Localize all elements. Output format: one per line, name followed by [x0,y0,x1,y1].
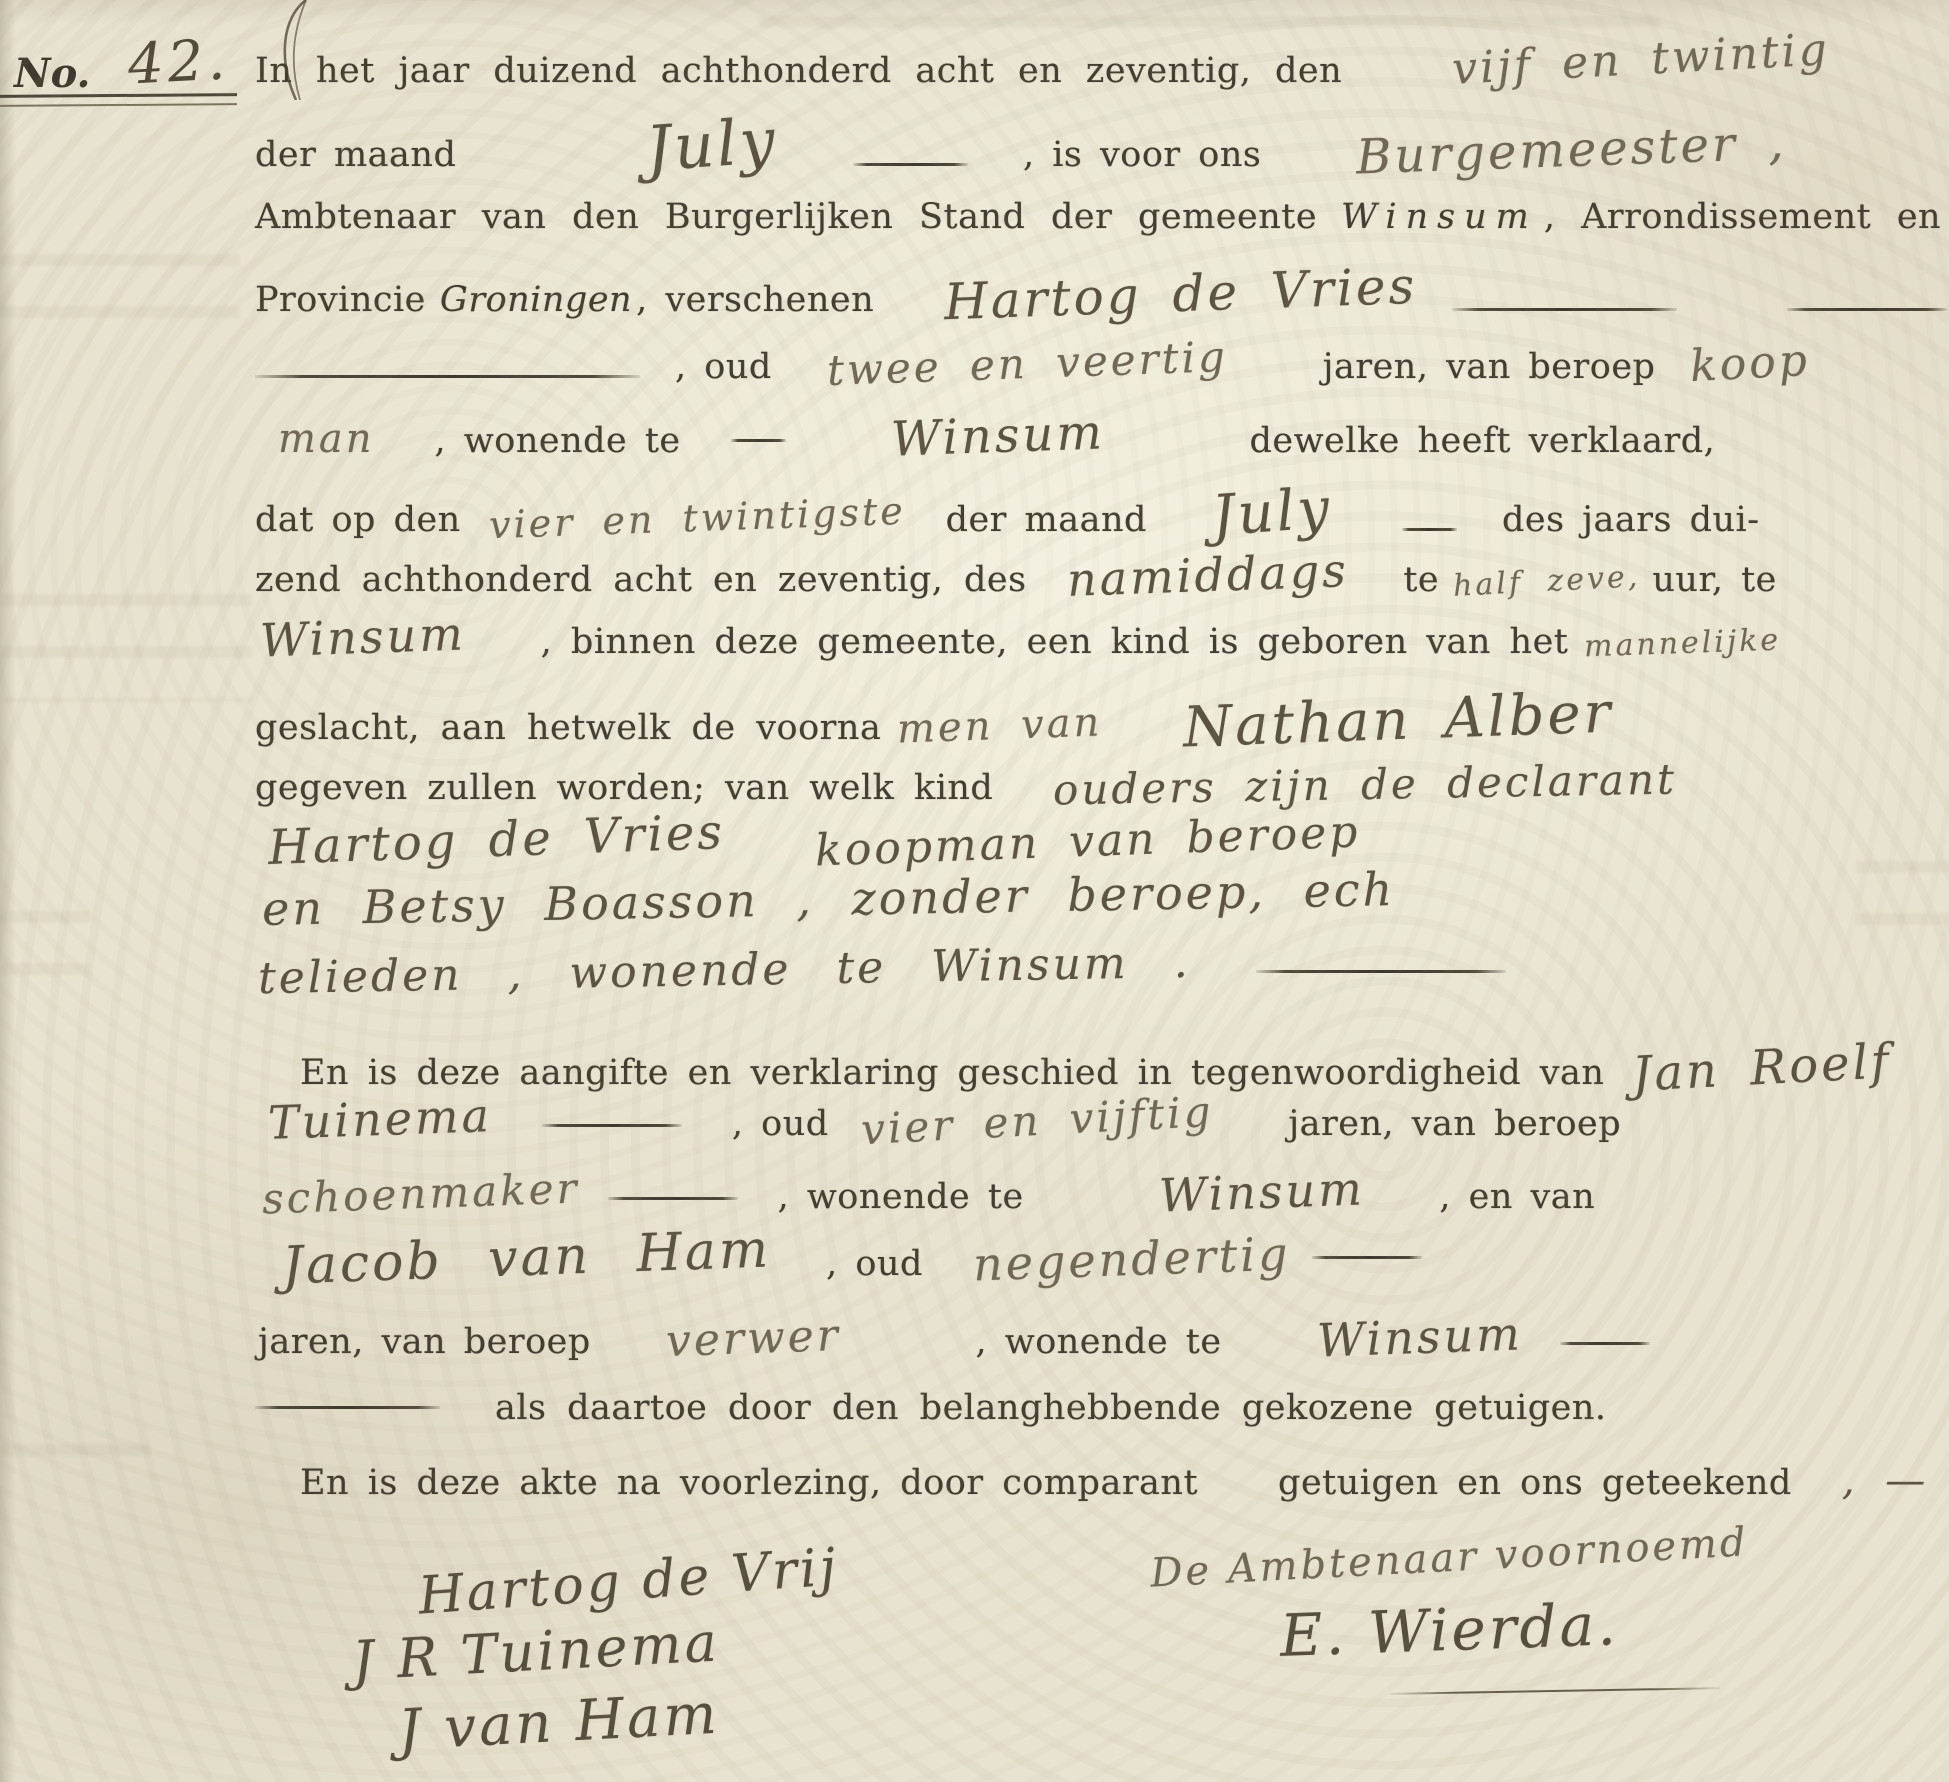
deed-line: ProvincieGroningen, verschenenHartog de … [255,265,1947,323]
printed-text: des jaars dui- [1502,500,1760,540]
printed-text: te [1403,560,1439,600]
printed-text: En is deze aangifte en verklaring geschi… [300,1053,1604,1093]
deed-line: Winsum, binnen deze gemeente, een kind i… [260,610,1782,664]
fill-in-rule [1256,970,1506,973]
fill-in-rule [255,375,640,378]
deed-line: zend achthonderd acht en zeventig, desna… [255,548,1777,602]
signature-official: E. Wierda. [1279,1590,1620,1670]
deed-line: Hartog de Vrieskoopman van beroep [268,812,1360,868]
printed-text: jaren, van beroep [258,1322,591,1362]
handwritten-text: Nathan Alber [1182,681,1614,761]
deed-line: man, wonende teWinsumdewelke heeft verkl… [278,408,1715,464]
bleed-through-ghost [1856,845,1949,937]
handwritten-text: twee en veertig [826,332,1228,395]
printed-text: , verschenen [636,280,874,320]
deed-line: als daartoe door den belanghebbende geko… [255,1388,1607,1428]
deed-line: geslacht, aan hetwelk de voornamen vanNa… [255,688,1613,753]
printed-text: En is deze akte na voorlezing, door comp… [300,1463,1198,1503]
handwritten-text: telieden , wonende te Winsum . [258,937,1191,1004]
handwritten-text: Hartog de Vries [267,804,726,876]
bleed-through-ghost [0,1428,150,1490]
handwritten-text: men van [897,699,1104,752]
handwritten-text: Hartog de Vries [943,257,1418,331]
deed-line: gegeven zullen worden; van welk kindoude… [255,760,1677,809]
signature-witness-1: J R Tuinema [351,1610,722,1692]
handwritten-text: Jan Roelf [1631,1033,1893,1103]
printed-text: zend achthonderd acht en zeventig, des [255,560,1027,600]
deed-line: der maandJuly, is voor onsBurgemeester , [255,108,1787,181]
printed-text: als daartoe door den belanghebbende geko… [495,1388,1607,1428]
printed-text: Provincie [255,280,426,320]
fill-in-rule [1560,1342,1650,1345]
handwritten-text: vijf en twintig [1451,24,1831,95]
fill-in-rule [1402,528,1457,531]
printed-text: Ambtenaar van den Burgerlijken Stand der… [255,197,1317,237]
handwritten-text: Winsum [259,606,466,667]
handwritten-text: Burgemeester , [1356,115,1788,186]
handwritten-text: mannelijke [1584,623,1782,665]
deed-line: en Betsy Boasson , zonder beroep, ech [262,872,1395,926]
bleed-through-ghost [0,578,252,702]
printed-text: , wonende te [778,1177,1024,1217]
printed-text: , wonende te [975,1322,1221,1362]
bleed-through-ghost [0,895,90,1015]
handwritten-text: vier en twintigste [488,489,906,548]
deed-line: Tuinema, oudvier en vijftigjaren, van be… [268,1092,1621,1146]
fill-in-rule [255,1406,440,1409]
handwritten-text: verwer [665,1310,841,1367]
handwritten-text: namiddags [1066,543,1349,607]
signature-witness-2: J van Ham [397,1682,721,1764]
handwritten-text: ouders zijn de declarant [1053,755,1678,815]
handwritten-text: July [644,103,780,185]
printed-text: geslacht, aan hetwelk de voorna [255,708,881,748]
printed-text: , oud [675,347,772,387]
record-number-value: 42. [126,27,230,97]
printed-text: , wonende te [435,421,681,461]
handwritten-text: Tuinema [267,1088,493,1150]
handwritten-text: koop [1689,335,1811,392]
fill-in-rule [542,1124,682,1127]
handwritten-text: July [1210,476,1334,549]
printed-text: , en van [1439,1177,1595,1217]
printed-text: dewelke heeft verklaard, [1249,421,1715,461]
printed-text: , Arrondissement en [1544,197,1941,237]
printed-text: der maand [946,500,1147,540]
printed-text: jaren, van beroep [1323,347,1656,387]
fill-in-rule [1787,308,1947,311]
deed-line: , oudtwee en veertigjaren, van beroepkoo… [255,338,1810,389]
handwritten-text: negendertig [972,1226,1291,1291]
handwritten-text: Winsum [890,404,1106,467]
deed-line: schoenmaker, wonende teWinsum, en van [262,1165,1595,1219]
printed-text: dat op den [255,500,461,540]
fill-in-rule [731,439,786,442]
deed-line: jaren, van beroepverwer, wonende teWinsu… [258,1310,1650,1364]
record-number-underline [0,93,237,107]
printed-text: der maand [255,135,456,175]
deed-line: En is deze akte na voorlezing, door comp… [300,1458,1928,1504]
deed-line: En is deze aangifte en verklaring geschi… [300,1040,1892,1096]
bleed-through-ghost [760,0,1660,32]
handwritten-text: Winsum [1158,1161,1365,1222]
handwritten-text: en Betsy Boasson , zonder beroep, ech [262,862,1396,936]
handwritten-text: half zeve, [1452,559,1641,604]
handwritten-text: schoenmaker [261,1163,580,1223]
deed-line: Jacob van Ham, oudnegendertig [282,1228,1422,1288]
printed-text: , oud [732,1104,829,1144]
printed-text: In het jaar duizend achthonderd acht en … [255,51,1342,91]
handwritten-text: vier en vijftig [860,1087,1215,1154]
deed-line: dat op denvier en twintigsteder maandJul… [255,480,1760,545]
handwritten-text: , — [1842,1458,1928,1504]
printed-text: gegeven zullen worden; van welk kind [255,768,993,808]
fill-in-rule [853,163,968,166]
official-title: De Ambtenaar voornoemd [1149,1519,1749,1596]
fill-in-rule [1452,308,1677,311]
deed-line: Ambtenaar van den Burgerlijken Stand der… [255,197,1941,237]
signature-declarant: Hartog de Vrij [416,1537,840,1626]
deed-page: No. 42. In het jaar duizend achthonderd … [0,0,1949,1782]
deed-line: In het jaar duizend achthonderd acht en … [255,42,1830,93]
fill-in-rule [608,1197,738,1200]
bleed-through-ghost [0,238,240,354]
deed-line: telieden , wonende te Winsum . [258,945,1506,996]
handwritten-text: man [278,416,375,462]
printed-text: getuigen en ons geteekend [1278,1463,1792,1503]
handwritten-text: Winsum [1316,1306,1523,1367]
printed-text: , oud [826,1244,923,1284]
fill-in-rule [1312,1256,1422,1259]
printed-text: Groningen [440,280,632,320]
printed-text: uur, te [1652,560,1777,600]
record-number-label: No. [14,50,90,97]
signature-underline [1390,1687,1720,1695]
printed-text: , is voor ons [1023,135,1261,175]
printed-text: Winsum [1341,197,1538,237]
handwritten-text: Jacob van Ham [281,1219,772,1296]
printed-text: , binnen deze gemeente, een kind is gebo… [541,622,1569,662]
printed-text: jaren, van beroep [1288,1104,1621,1144]
